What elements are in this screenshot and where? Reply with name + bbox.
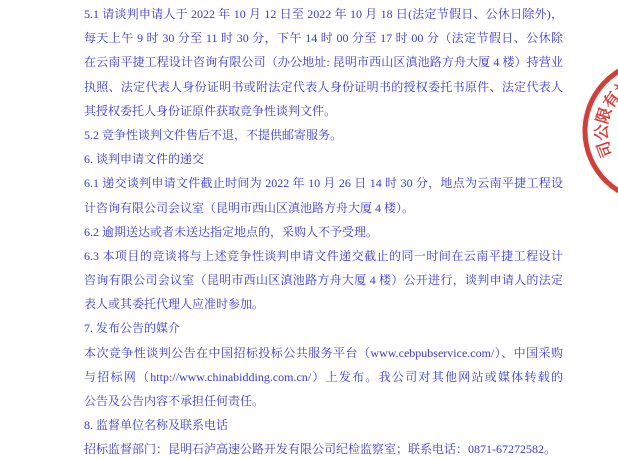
document-line: 表人或其委托代理人应准时参加。 (0, 292, 618, 316)
document-line: 7. 发布公告的媒介 (0, 316, 618, 340)
page: 5.1 请谈判申请人于 2022 年 10 月 12 日至 2022 年 10 … (0, 0, 618, 458)
document-line: 5.1 请谈判申请人于 2022 年 10 月 12 日至 2022 年 10 … (0, 2, 618, 26)
document-line: 在云南平捷工程设计咨询有限公司（办公地址: 昆明市西山区滇池路方舟大厦 4 楼）… (0, 50, 618, 74)
document-line: 咨询有限公司会议室（昆明市西山区滇池路方舟大厦 4 楼）公开进行，谈判申请人的法… (0, 268, 618, 292)
document-line: 公告及公告内容不承担任何责任。 (0, 389, 618, 413)
seal-char: 公 (593, 123, 611, 140)
document-line: 6.2 逾期送达或者未送达指定地点的，采购人不予受理。 (0, 220, 618, 244)
document-line: 6.1 递交谈判申请文件截止时间为 2022 年 10 月 26 日 14 时 … (0, 171, 618, 195)
document-line: 本次竞争性谈判公告在中国招标投标公共服务平台（www.cebpubservice… (0, 341, 618, 365)
document-line: 与招标网（http://www.chinabidding.com.cn/）上发布… (0, 365, 618, 389)
document-line: 每天上午 9 时 30 分至 11 时 30 分，下午 14 时 00 分至 1… (0, 26, 618, 50)
document-line: 计咨询有限公司会议室（昆明市西山区滇池路方舟大厦 4 楼）。 (0, 196, 618, 220)
document-line: 执照、法定代表人身份证明书或附法定代表人身份证明书的授权委托书原件、法定代表人或 (0, 75, 618, 99)
document-body: 5.1 请谈判申请人于 2022 年 10 月 12 日至 2022 年 10 … (0, 2, 618, 458)
document-line: 6. 谈判申请文件的递交 (0, 147, 618, 171)
document-line: 其授权委托人身份证原件获取竞争性谈判文件。 (0, 99, 618, 123)
seal-char: 司 (593, 139, 616, 161)
document-line: 招标监督部门：昆明石泸高速公路开发有限公司纪检监察室；联系电话：0871-672… (0, 437, 618, 458)
document-line: 6.3 本项目的竞谈将与上述竞争性谈判申请文件递交截止的同一时间在云南平捷工程设… (0, 244, 618, 268)
document-line: 5.2 竞争性谈判文件售后不退，不提供邮寄服务。 (0, 123, 618, 147)
document-line: 8. 监督单位名称及联系电话 (0, 413, 618, 437)
